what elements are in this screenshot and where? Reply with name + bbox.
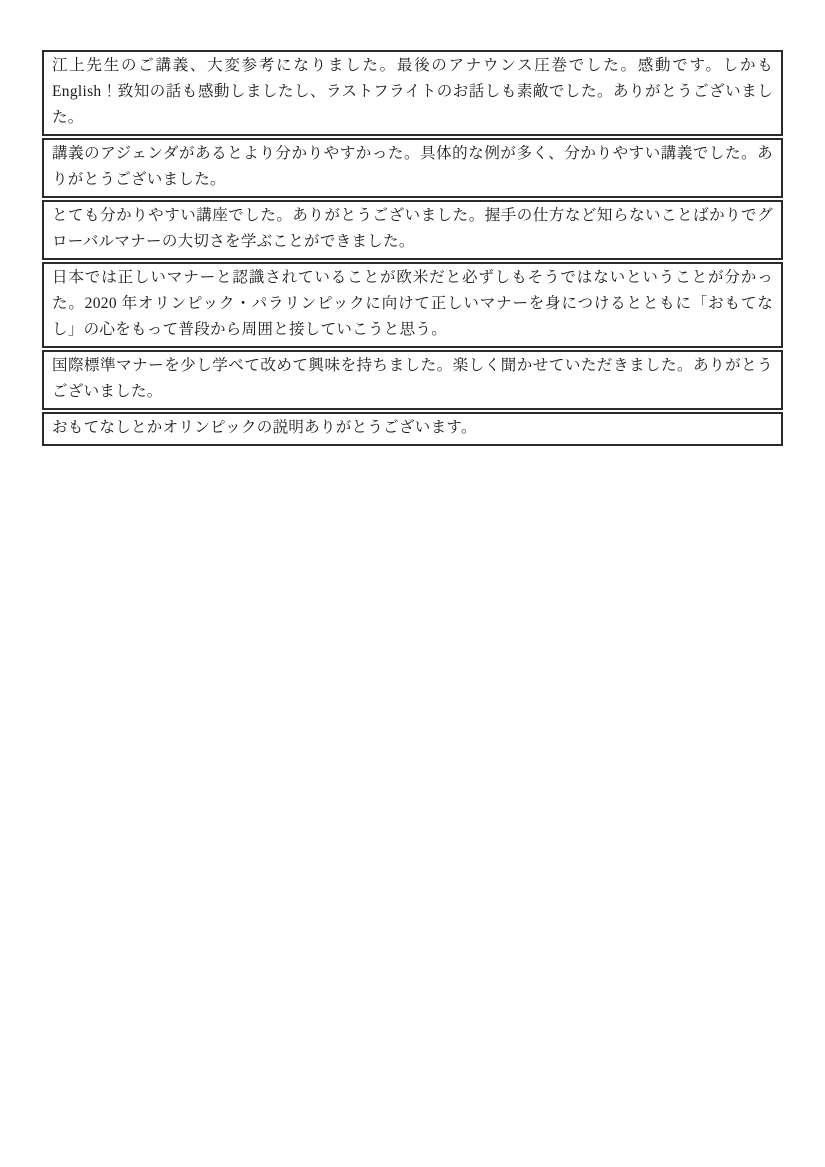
- feedback-comments-table: 江上先生のご講義、大変参考になりました。最後のアナウンス圧巻でした。感動です。し…: [42, 50, 783, 446]
- comment-cell: 日本では正しいマナーと認識されていることが欧米だと必ずしもそうではないということ…: [42, 262, 783, 348]
- document-page: 江上先生のご講義、大変参考になりました。最後のアナウンス圧巻でした。感動です。し…: [0, 0, 825, 1167]
- comment-cell: 江上先生のご講義、大変参考になりました。最後のアナウンス圧巻でした。感動です。し…: [42, 50, 783, 136]
- comment-cell: 講義のアジェンダがあるとより分かりやすかった。具体的な例が多く、分かりやすい講義…: [42, 138, 783, 198]
- comment-cell: とても分かりやすい講座でした。ありがとうございました。握手の仕方など知らないこと…: [42, 200, 783, 260]
- comment-cell: 国際標準マナーを少し学べて改めて興味を持ちました。楽しく聞かせていただきました。…: [42, 350, 783, 410]
- comment-cell: おもてなしとかオリンピックの説明ありがとうございます。: [42, 412, 783, 446]
